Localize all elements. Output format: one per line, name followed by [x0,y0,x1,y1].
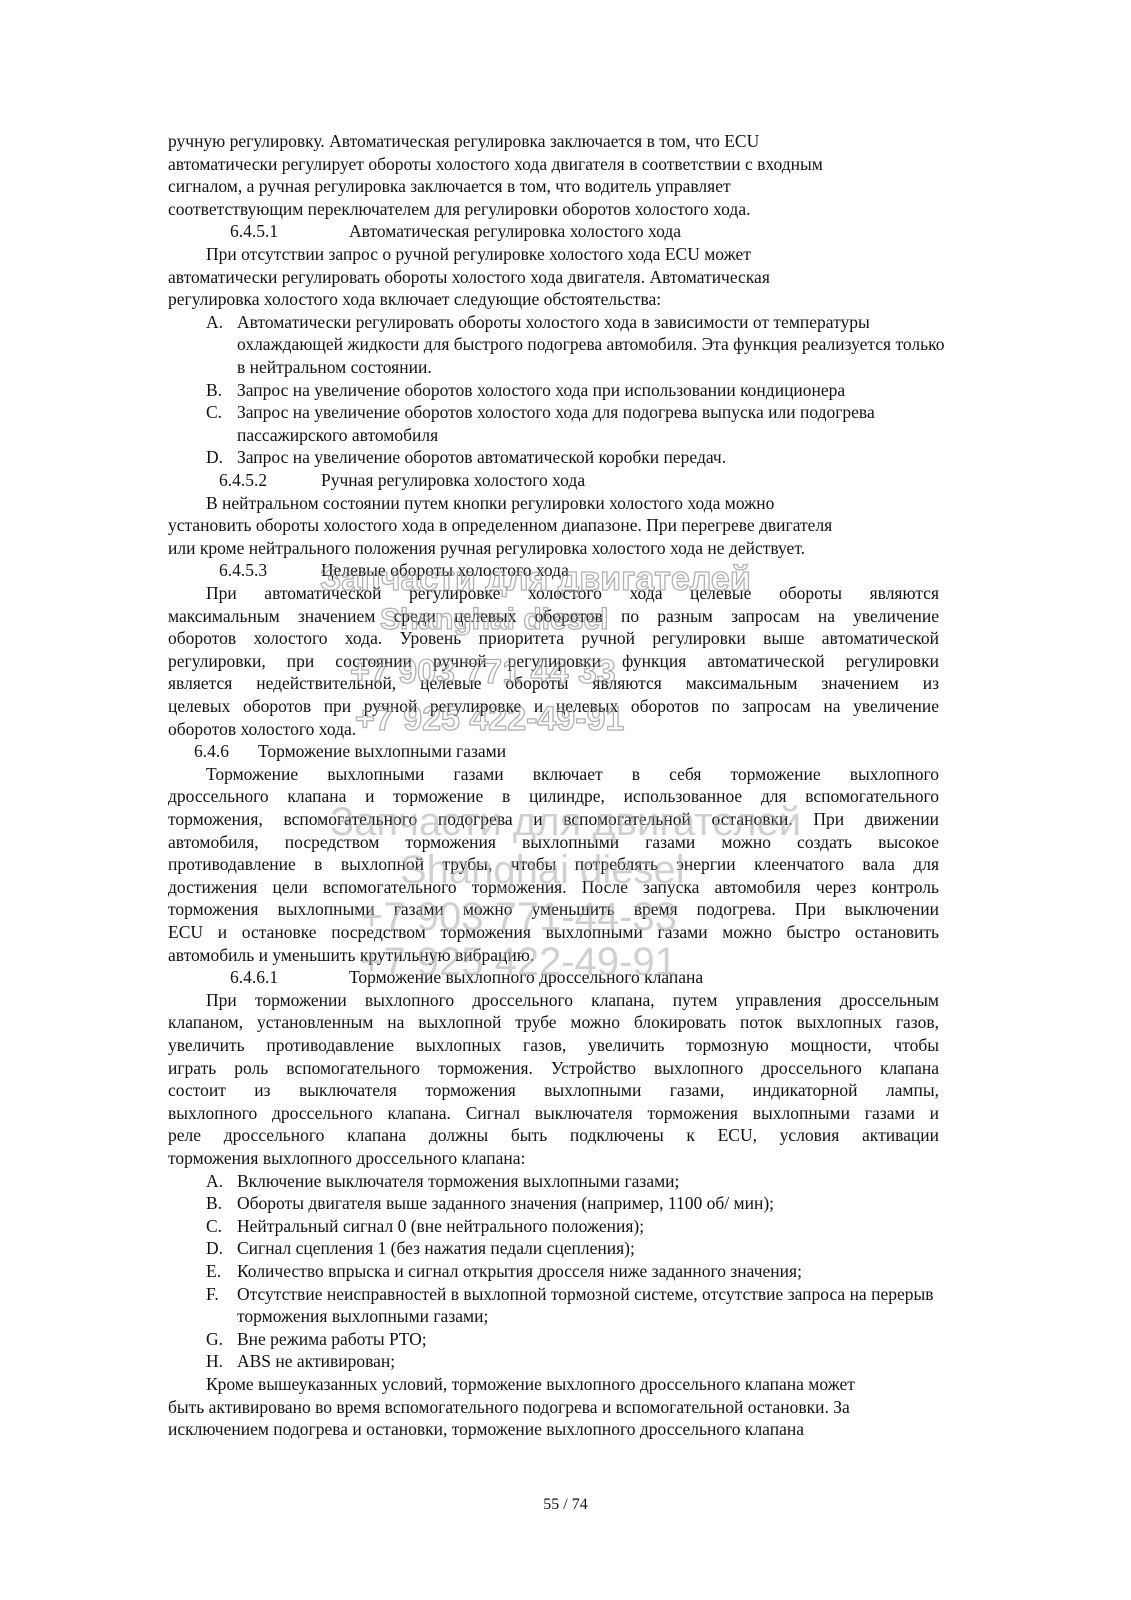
list-item-letter: H. [206,1350,223,1372]
list-item-text: Запрос на увеличение оборотов холостого … [237,401,875,423]
list-item-text: торможения выхлопными газами; [237,1305,488,1327]
section-6-4-5-1-number: 6.4.5.1 [230,220,278,242]
list-item-text: ABS не активирован; [237,1350,395,1372]
paragraph-line: ручную регулировку. Автоматическая регул… [168,130,759,152]
paragraph-line: максимальным значением среди целевых обо… [168,605,939,627]
paragraph-line: оборотов холостого хода. [168,718,356,740]
list-item-text: Сигнал сцепления 1 (без нажатия педали с… [237,1237,635,1259]
list-item-letter: B. [206,1192,222,1214]
list-item-text: Запрос на увеличение оборотов холостого … [237,379,845,401]
list-item-text: Нейтральный сигнал 0 (вне нейтрального п… [237,1215,644,1237]
paragraph-line: выхлопного дроссельного клапана. Сигнал … [168,1102,939,1124]
list-item-text: пассажирского автомобиля [237,424,438,446]
section-6-4-5-3-title: Целевые обороты холостого хода [321,559,569,581]
paragraph-line: регулировка холостого хода включает след… [168,288,661,310]
section-6-4-6-number: 6.4.6 [194,740,229,762]
paragraph-line: играть роль вспомогательного торможения.… [168,1057,939,1079]
paragraph-line: соответствующим переключателем для регул… [168,198,750,220]
section-6-4-5-1-title: Автоматическая регулировка холостого ход… [349,220,681,242]
document-page: ручную регулировку. Автоматическая регул… [0,0,1131,1600]
paragraph-line: В нейтральном состоянии путем кнопки рег… [206,492,774,514]
paragraph-line: автоматически регулировать обороты холос… [168,266,770,288]
list-item-letter: F. [206,1283,219,1305]
list-item-text: Вне режима работы PTO; [237,1328,427,1350]
section-6-4-5-3-number: 6.4.5.3 [219,559,267,581]
paragraph-line: оборотов холостого хода. Уровень приорит… [168,627,939,649]
list-item-letter: C. [206,1215,222,1237]
paragraph-line: клапаном, установленным на выхлопной тру… [168,1011,939,1033]
paragraph-line: является недействительной, целевые оборо… [168,672,939,694]
paragraph-line: регулировки, при состоянии ручной регули… [168,650,939,672]
section-6-4-5-2-number: 6.4.5.2 [219,469,267,491]
section-6-4-5-2-title: Ручная регулировка холостого хода [321,469,585,491]
list-item-letter: A. [206,311,223,333]
paragraph-line: или кроме нейтрального положения ручная … [168,537,805,559]
list-item-text: Включение выключателя торможения выхлопн… [237,1170,679,1192]
paragraph-line: увеличить противодавление выхлопных газо… [168,1034,939,1056]
paragraph-line: состоит из выключателя торможения выхлоп… [168,1079,939,1101]
paragraph-line: При автоматической регулировке холостого… [206,582,939,604]
list-item-letter: G. [206,1328,223,1350]
section-6-4-6-1-title: Торможение выхлопного дроссельного клапа… [349,966,703,988]
list-item-text: Запрос на увеличение оборотов автоматиче… [237,446,726,468]
section-6-4-6-title: Торможение выхлопными газами [258,740,506,762]
paragraph-line: торможения выхлопного дроссельного клапа… [168,1147,525,1169]
list-item-letter: C. [206,401,222,423]
list-item-text: охлаждающей жидкости для быстрого подогр… [237,333,945,355]
section-6-4-6-1-number: 6.4.6.1 [230,966,278,988]
paragraph-line: При торможении выхлопного дроссельного к… [206,989,939,1011]
paragraph-line: Кроме вышеуказанных условий, торможение … [206,1373,855,1395]
paragraph-line: сигналом, а ручная регулировка заключает… [168,175,731,197]
list-item-text: в нейтральном состоянии. [237,356,432,378]
paragraph-line: торможения выхлопными газами можно умень… [168,898,939,920]
list-item-text: Обороты двигателя выше заданного значени… [237,1192,774,1214]
list-item-letter: D. [206,1237,223,1259]
paragraph-line: быть активировано во время вспомогательн… [168,1396,850,1418]
list-item-letter: B. [206,379,222,401]
list-item-text: Отсутствие неисправностей в выхлопной то… [237,1283,934,1305]
paragraph-line: реле дроссельного клапана должны быть по… [168,1124,939,1146]
paragraph-line: автомобиля, посредством торможения выхло… [168,831,939,853]
list-item-letter: A. [206,1170,223,1192]
paragraph-line: дроссельного клапана и торможение в цили… [168,785,939,807]
paragraph-line: автоматически регулирует обороты холосто… [168,153,823,175]
paragraph-line: достижения цели вспомогательного торможе… [168,876,939,898]
paragraph-line: установить обороты холостого хода в опре… [168,514,832,536]
list-item-letter: D. [206,446,223,468]
paragraph-line: противодавление в выхлопной трубы, чтобы… [168,853,939,875]
list-item-letter: E. [206,1260,221,1282]
paragraph-line: исключением подогрева и остановки, тормо… [168,1418,804,1440]
paragraph-line: Торможение выхлопными газами включает в … [206,763,939,785]
list-item-text: Количество впрыска и сигнал открытия дро… [237,1260,802,1282]
paragraph-line: При отсутствии запрос о ручной регулиров… [206,243,751,265]
paragraph-line: автомобиль и уменьшить крутильную вибрац… [168,944,534,966]
page-number: 55 / 74 [0,1496,1131,1514]
paragraph-line: торможения, вспомогательного подогрева и… [168,808,939,830]
list-item-text: Автоматически регулировать обороты холос… [237,311,870,333]
paragraph-line: целевых оборотов при ручной регулировке … [168,695,939,717]
paragraph-line: ECU и остановке посредством торможения в… [168,921,939,943]
